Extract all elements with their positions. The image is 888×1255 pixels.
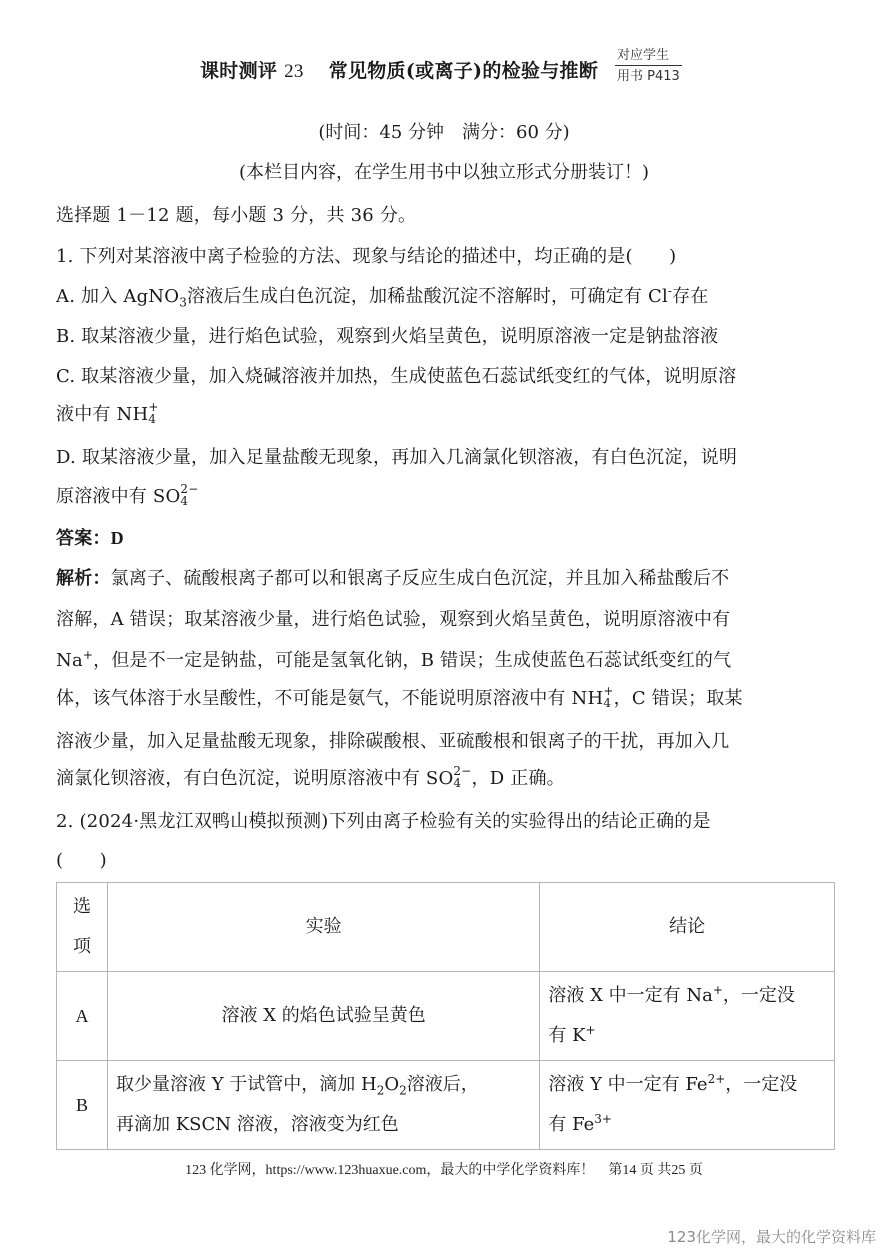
row-experiment: 溶液 X 的焰色试验呈黄色 xyxy=(107,972,539,1061)
ref-top: 对应学生 xyxy=(615,47,682,66)
analysis-line-2: 溶解，A 错误；取某溶液少量，进行焰色试验，观察到火焰呈黄色，说明原溶液中有 xyxy=(56,605,730,631)
superscript: 2+ xyxy=(708,1072,726,1086)
ammonium-ion-script: +4 xyxy=(148,401,158,425)
header-experiment: 实验 xyxy=(107,883,539,972)
header-conclusion: 结论 xyxy=(540,883,835,972)
subscript: 2 xyxy=(399,1084,407,1098)
table-row: B 取少量溶液 Y 于试管中，滴加 H2O2溶液后， 再滴加 KSCN 溶液，溶… xyxy=(57,1061,835,1150)
analysis-text: ，但是不一定是钠盐，可能是氢氧化钠，B 错误；生成使蓝色石蕊试纸变红的气 xyxy=(93,650,731,671)
title-number: 23 xyxy=(284,61,304,82)
row-conclusion: 溶液 Y 中一定有 Fe2+，一定没 有 Fe3+ xyxy=(540,1061,835,1150)
analysis-line-4: 体，该气体溶于水呈酸性，不可能是氨气，不能说明原溶液中有 NH+4，C 错误；取… xyxy=(56,684,743,711)
superscript: + xyxy=(713,983,723,997)
analysis-text: 氯离子、硫酸根离子都可以和银离子反应生成白色沉淀，并且加入稀盐酸后不 xyxy=(111,568,730,589)
option-a-text: 存在 xyxy=(672,286,708,307)
subscript: 4 xyxy=(180,495,198,507)
analysis-text: 体，该气体溶于水呈酸性，不可能是氨气，不能说明原溶液中有 NH xyxy=(56,688,603,709)
question-1-option-d: D. 取某溶液少量，加入足量盐酸无现象，再加入几滴氯化钡溶液，有白色沉淀，说明 xyxy=(56,443,737,469)
conclusion-text: 有 K xyxy=(548,1025,585,1046)
analysis-label: 解析： xyxy=(56,568,111,589)
table-header-row: 选项 实验 结论 xyxy=(57,883,835,972)
analysis-text: 滴氯化钡溶液，有白色沉淀，说明原溶液中有 SO xyxy=(56,768,453,789)
question-1-option-c-cont: 液中有 NH+4 xyxy=(56,400,159,427)
ref-bottom: 用书 P413 xyxy=(615,66,682,85)
watermark: 123化学网，最大的化学资料库 xyxy=(667,1226,876,1247)
analysis-line-1: 解析：氯离子、硫酸根离子都可以和银离子反应生成白色沉淀，并且加入稀盐酸后不 xyxy=(56,564,729,590)
question-2-stem-cont: ( ) xyxy=(56,846,107,872)
superscript: + xyxy=(586,1023,596,1037)
sulfate-ion-script: 2−4 xyxy=(180,483,198,507)
answer-label: 答案： xyxy=(56,528,111,549)
sulfate-ion-script: 2−4 xyxy=(453,765,471,789)
option-d-text: 原溶液中有 SO xyxy=(56,486,180,507)
binding-note: (本栏目内容，在学生用书中以独立形式分册装订！) xyxy=(0,158,888,184)
question-2-stem: 2. (2024·黑龙江双鸭山模拟预测)下列由离子检验有关的实验得出的结论正确的… xyxy=(56,807,711,833)
conclusion-text: 溶液 X 中一定有 Na xyxy=(548,985,712,1006)
question-2-table: 选项 实验 结论 A 溶液 X 的焰色试验呈黄色 溶液 X 中一定有 Na+，一… xyxy=(56,882,835,1150)
analysis-line-3: Na+，但是不一定是钠盐，可能是氢氧化钠，B 错误；生成使蓝色石蕊试纸变红的气 xyxy=(56,646,731,672)
subscript: 4 xyxy=(603,697,613,709)
subscript: 4 xyxy=(453,777,471,789)
superscript: + xyxy=(83,648,93,662)
page-title: 课时测评 23 常见物质(或离子)的检验与推断 xyxy=(200,56,598,83)
analysis-text: Na xyxy=(56,650,83,671)
subscript: 4 xyxy=(148,413,158,425)
section-intro: 选择题 1－12 题，每小题 3 分，共 36 分。 xyxy=(56,201,416,227)
row-option: A xyxy=(57,972,108,1061)
row-conclusion: 溶液 X 中一定有 Na+，一定没 有 K+ xyxy=(540,972,835,1061)
question-1-option-c: C. 取某溶液少量，加入烧碱溶液并加热，生成使蓝色石蕊试纸变红的气体，说明原溶 xyxy=(56,362,736,388)
page-footer: 123 化学网，https://www.123huaxue.com，最大的中学化… xyxy=(0,1159,888,1179)
time-info: (时间：45 分钟 满分：60 分) xyxy=(0,118,888,144)
question-1-option-b: B. 取某溶液少量，进行焰色试验，观察到火焰呈黄色，说明原溶液一定是钠盐溶液 xyxy=(56,322,718,348)
header-option: 选项 xyxy=(57,883,108,972)
conclusion-text: ，一定没 xyxy=(725,1074,797,1095)
ammonium-ion-script: +4 xyxy=(603,685,613,709)
analysis-text: ，C 错误；取某 xyxy=(614,688,743,709)
experiment-text: 再滴加 KSCN 溶液，溶液变为红色 xyxy=(116,1105,531,1145)
conclusion-text: 有 Fe xyxy=(548,1114,594,1135)
answer: 答案：D xyxy=(56,524,124,550)
title-prefix: 课时测评 xyxy=(200,60,277,82)
textbook-reference: 对应学生 用书 P413 xyxy=(615,47,682,85)
question-1-stem: 1. 下列对某溶液中离子检验的方法、现象与结论的描述中，均正确的是( ) xyxy=(56,242,676,268)
conclusion-text: ，一定没 xyxy=(723,985,795,1006)
option-a-text: 溶液后生成白色沉淀，加稀盐酸沉淀不溶解时，可确定有 Cl xyxy=(187,286,668,307)
option-a-text: A. 加入 AgNO xyxy=(56,286,179,307)
row-option: B xyxy=(57,1061,108,1150)
answer-value: D xyxy=(111,528,124,548)
table-row: A 溶液 X 的焰色试验呈黄色 溶液 X 中一定有 Na+，一定没 有 K+ xyxy=(57,972,835,1061)
experiment-text: O xyxy=(384,1074,399,1095)
option-c-text: 液中有 NH xyxy=(56,404,148,425)
analysis-text: ，D 正确。 xyxy=(472,768,565,789)
experiment-text: 取少量溶液 Y 于试管中，滴加 H xyxy=(116,1074,377,1095)
question-1-option-a: A. 加入 AgNO3溶液后生成白色沉淀，加稀盐酸沉淀不溶解时，可确定有 Cl-… xyxy=(56,282,709,308)
question-1-option-d-cont: 原溶液中有 SO2−4 xyxy=(56,482,199,509)
analysis-line-6: 滴氯化钡溶液，有白色沉淀，说明原溶液中有 SO2−4，D 正确。 xyxy=(56,764,565,791)
conclusion-text: 溶液 Y 中一定有 Fe xyxy=(548,1074,707,1095)
title-main: 常见物质(或离子)的检验与推断 xyxy=(329,60,598,82)
analysis-line-5: 溶液少量，加入足量盐酸无现象，排除碳酸根、亚硫酸根和银离子的干扰，再加入几 xyxy=(56,727,729,753)
row-experiment: 取少量溶液 Y 于试管中，滴加 H2O2溶液后， 再滴加 KSCN 溶液，溶液变… xyxy=(107,1061,539,1150)
subscript: 3 xyxy=(179,296,187,310)
superscript: 3+ xyxy=(594,1112,612,1126)
experiment-text: 溶液后， xyxy=(407,1074,479,1095)
